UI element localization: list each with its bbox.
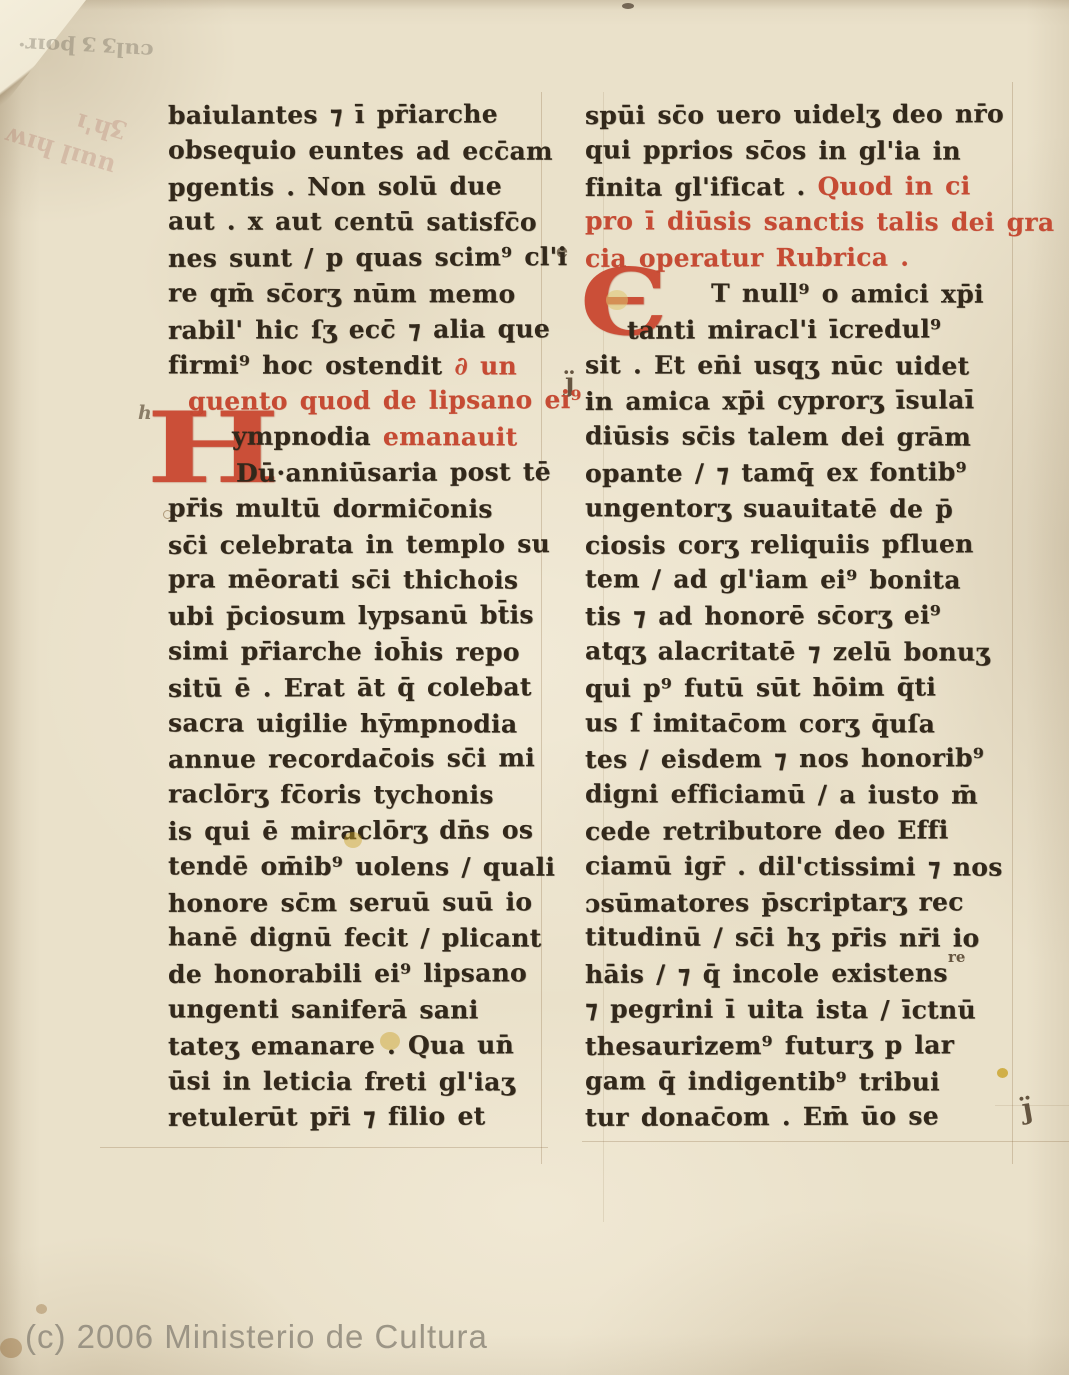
text-line: ympnodia emanauit	[168, 419, 553, 456]
text-line: thesaurizem⁹ futurʒ p lar	[585, 1027, 1025, 1065]
text-line: sc̄i celebrata in templo su	[168, 526, 553, 563]
text-line: cede retributore deo Effi	[585, 812, 1025, 850]
stain-brown-bottom-left-1	[0, 1338, 22, 1358]
text-line: opante / ⁊ tamq̄ ex fontib⁹	[585, 454, 1025, 492]
text-line: de honorabili ei⁹ lipsano	[168, 955, 553, 992]
ink-text-segment: sitū ē . Erat āt q̄ colebat	[168, 672, 532, 703]
text-line: aut . x aut centū satisfc̄o	[168, 204, 553, 241]
ink-text-segment: finita gl'ificat .	[585, 172, 818, 202]
text-line: ciamū igr̄ . dil'ctissimi ⁊ nos	[585, 848, 1025, 885]
ink-text-segment: ubi p̄ciosum lypsanū bt̄is	[168, 600, 534, 631]
text-line: us ſ imitac̄om corʒ q̄uſa	[585, 705, 1025, 742]
text-line: pgentis . Non solū due	[168, 168, 553, 205]
text-line: nes sunt / p quas scim⁹ cl'i	[168, 239, 553, 276]
text-line: obsequio euntes ad ecc̄am	[168, 132, 553, 169]
text-line: ciosis corʒ reliquiis pfluen	[585, 526, 1025, 564]
text-line: ūsi in leticia freti gl'iaʒ	[168, 1063, 553, 1100]
ink-text-segment: raclōrʒ fc̄oris tychonis	[168, 779, 494, 809]
ink-text-segment: de honorabili ei⁹ lipsano	[168, 958, 527, 989]
text-line: qui p⁹ futū sūt hōim q̄ti	[585, 669, 1025, 707]
ruling-line-horizontal-left	[100, 1147, 548, 1148]
ink-text-segment: diūsis sc̄is talem dei grām	[585, 421, 971, 451]
ink-text-segment: honore sc̄m seruū suū io	[168, 887, 532, 918]
text-line: gam q̄ indigentib⁹ tribui	[585, 1063, 1025, 1100]
ink-text-segment: titudinū / sc̄i hʒ pr̄is nr̄i io	[585, 923, 980, 953]
ink-text-segment: qui p⁹ futū sūt hōim q̄ti	[585, 672, 936, 703]
text-line: digni efficiamū / a iusto m̄	[585, 776, 1025, 813]
ink-text-segment: gam q̄ indigentib⁹ tribui	[585, 1066, 940, 1096]
text-line: baiulantes ⁊ ī pr̄iarche	[168, 96, 553, 133]
text-line: raclōrʒ fc̄oris tychonis	[168, 776, 553, 813]
ink-text-segment: qui pprios sc̄os in gl'ia in	[585, 135, 961, 165]
text-line: retulerūt pr̄i ⁊ filio et	[168, 1098, 553, 1135]
text-line: pr̄is multū dormic̄onis	[168, 490, 553, 527]
ink-text-segment: digni efficiamū / a iusto m̄	[585, 779, 978, 809]
ink-text-segment: ⁊ pegrini ī uita ista / īctnū	[585, 994, 976, 1024]
stain-gold-erat	[344, 832, 362, 848]
text-line: annue recordac̄ois sc̄i mi	[168, 741, 553, 778]
ink-text-segment: tendē om̄ib⁹ uolens / quali	[168, 851, 555, 881]
ink-text-segment: firmi⁹ hoc ostendit	[168, 350, 455, 380]
ruling-line-horizontal-right	[582, 1141, 1069, 1142]
stain-gold-initial-e	[606, 290, 628, 310]
ink-text-segment: tem / ad gl'iam ei⁹ bonita	[585, 565, 961, 595]
ink-text-segment: pgentis . Non solū due	[168, 171, 502, 201]
rubric-text-segment: emanauit	[383, 422, 518, 451]
text-line: spūi sc̄o uero uidelʒ deo nr̄o	[585, 96, 1025, 134]
ink-text-segment: ungenti saniferā sani	[168, 994, 479, 1024]
manuscript-page: culʒ ʒ þoır· uuıl hıw ʒh'ı H Є h e ȷ̈ ȷ̈…	[0, 0, 1069, 1375]
margin-note-red: uuıl hıw ʒh'ı	[0, 84, 129, 184]
ink-text-segment: pr̄is multū dormic̄onis	[168, 493, 493, 523]
text-line: finita gl'ificat . Quod in ci	[585, 168, 1025, 206]
ink-text-segment: ciosis corʒ reliquiis pfluen	[585, 529, 974, 560]
text-line: sitū ē . Erat āt q̄ colebat	[168, 669, 553, 706]
ink-text-segment: sit . Et en̄i usqʒ nūc uidet	[585, 350, 970, 380]
stain-gold-margin-right	[997, 1068, 1008, 1078]
ink-text-segment: spūi sc̄o uero uidelʒ deo nr̄o	[585, 99, 1004, 130]
text-line: diūsis sc̄is talem dei grām	[585, 418, 1025, 455]
text-line: ⁊ pegrini ī uita ista / īctnū	[585, 991, 1025, 1028]
ink-text-segment: annue recordac̄ois sc̄i mi	[168, 744, 535, 775]
ink-text-segment: hāis / ⁊ q̄ incole existens	[585, 959, 948, 990]
watermark: (c) 2006 Ministerio de Cultura	[25, 1318, 488, 1356]
ink-text-segment: cede retributore deo Effi	[585, 815, 949, 846]
ink-text-segment: rabil' hic ſʒ ecc̄ ⁊ alia que	[168, 314, 550, 345]
ink-text-segment: atqʒ alacritatē ⁊ zelū bonuʒ	[585, 636, 990, 666]
ink-text-segment: tes / eisdem ⁊ nos honorib⁹	[585, 744, 984, 775]
ink-text-segment: tanti miracl'i īcredul⁹	[627, 314, 941, 344]
rubric-text-segment: Quod in ci	[817, 171, 970, 201]
ink-text-segment: nes sunt / p quas scim⁹ cl'i	[168, 242, 567, 273]
text-line: in amica xp̄i cyprorʒ īsulaī	[585, 382, 1025, 420]
text-line: ungenti saniferā sani	[168, 991, 553, 1028]
text-line: guento quod de lipsano ei⁹	[168, 383, 553, 420]
text-line: qui pprios sc̄os in gl'ia in	[585, 132, 1025, 169]
text-line: hāis / ⁊ q̄ incole existens	[585, 955, 1025, 993]
ink-text-segment: tur donac̄om . Em̄ ūo se	[585, 1102, 939, 1133]
ink-text-segment: aut . x aut centū satisfc̄o	[168, 207, 537, 237]
stain-gold-qua	[380, 1032, 400, 1050]
ink-text-segment: ungentorʒ suauitatē de p̄	[585, 493, 953, 523]
text-line: hanē dignū fecit / plicant	[168, 920, 553, 957]
text-line: rabil' hic ſʒ ecc̄ ⁊ alia que	[168, 311, 553, 348]
ink-text-segment: obsequio euntes ad ecc̄am	[168, 135, 553, 165]
rubric-text-segment: guento quod de lipsano ei⁹	[188, 385, 582, 416]
ink-text-segment: Dū·anniūsaria post tē	[236, 457, 551, 487]
text-line: pro ī diūsis sanctis talis dei gra	[585, 204, 1025, 241]
text-line: re qm̄ sc̄orʒ nūm memo	[168, 275, 553, 312]
ink-text-segment: simi pr̄iarche ioh̄is repo	[168, 636, 520, 666]
text-line: tendē om̄ib⁹ uolens / quali	[168, 848, 553, 885]
text-line: titudinū / sc̄i hʒ pr̄is nr̄i io	[585, 920, 1025, 957]
text-line: tis ⁊ ad honorē sc̄orʒ ei⁹	[585, 597, 1025, 635]
text-line: ungentorʒ suauitatē de p̄	[585, 490, 1025, 527]
text-line: Dū·anniūsaria post tē	[168, 454, 553, 491]
ink-text-segment: opante / ⁊ tamq̄ ex fontib⁹	[585, 457, 967, 488]
ink-text-segment: T null⁹ o amici xp̄i	[711, 279, 984, 309]
text-line: sit . Et en̄i usqʒ nūc uidet	[585, 347, 1025, 384]
ink-text-segment: us ſ imitac̄om corʒ q̄uſa	[585, 708, 935, 738]
ink-text-segment: baiulantes ⁊ ī pr̄iarche	[168, 99, 498, 129]
ink-text-segment: hanē dignū fecit / plicant	[168, 923, 542, 953]
text-line: tem / ad gl'iam ei⁹ bonita	[585, 562, 1025, 599]
rubric-text-segment: pro ī diūsis sanctis talis dei gra	[585, 207, 1054, 238]
ink-text-segment: pra mēorati sc̄i thichois	[168, 565, 518, 595]
ink-text-segment: tis ⁊ ad honorē sc̄orʒ ei⁹	[585, 601, 941, 632]
rubricator-guide-h: h	[138, 402, 152, 424]
rubric-text-segment: ∂ un	[454, 351, 517, 380]
ink-text-segment: re qm̄ sc̄orʒ nūm memo	[168, 278, 516, 308]
text-line: tateʒ emanare . Qua un̄	[168, 1027, 553, 1064]
ink-text-segment: ɔsūmatores p̄scriptarʒ rec	[585, 887, 964, 918]
text-line: tes / eisdem ⁊ nos honorib⁹	[585, 740, 1025, 778]
text-line: pra mēorati sc̄i thichois	[168, 562, 553, 599]
text-line: tur donac̄om . Em̄ ūo se	[585, 1098, 1025, 1136]
ink-speck-top	[622, 3, 634, 9]
ink-text-segment: ciamū igr̄ . dil'ctissimi ⁊ nos	[585, 851, 1003, 881]
rubric-text-segment: cia operatur Rubrica .	[585, 243, 909, 273]
ink-text-segment: sc̄i celebrata in templo su	[168, 529, 550, 560]
text-line: cia operatur Rubrica .	[585, 239, 1025, 277]
text-column-right: spūi sc̄o uero uidelʒ deo nr̄oqui pprios…	[585, 97, 1025, 1135]
stain-brown-bottom-left-2	[36, 1304, 47, 1314]
ink-text-segment: ūsi in leticia freti gl'iaʒ	[168, 1066, 515, 1096]
ink-text-segment: thesaurizem⁹ futurʒ p lar	[585, 1030, 954, 1061]
text-line: firmi⁹ hoc ostendit ∂ un	[168, 347, 553, 384]
text-line: simi pr̄iarche ioh̄is repo	[168, 633, 553, 670]
text-line: ɔsūmatores p̄scriptarʒ rec	[585, 884, 1025, 922]
text-column-left: baiulantes ⁊ ī pr̄iarcheobsequio euntes …	[168, 97, 553, 1135]
ink-text-segment: ympnodia	[232, 422, 383, 452]
text-line: ubi p̄ciosum lypsanū bt̄is	[168, 597, 553, 634]
text-line: tanti miracl'i īcredul⁹	[585, 311, 1025, 349]
text-line: honore sc̄m seruū suū io	[168, 884, 553, 921]
text-line: T null⁹ o amici xp̄i	[585, 275, 1025, 312]
ink-text-segment: in amica xp̄i cyprorʒ īsulaī	[585, 386, 975, 417]
text-line: atqʒ alacritatē ⁊ zelū bonuʒ	[585, 633, 1025, 670]
text-line: sacra uigilie hȳmpnodia	[168, 705, 553, 742]
ink-text-segment: tateʒ emanare . Qua un̄	[168, 1030, 514, 1061]
ink-text-segment: sacra uigilie hȳmpnodia	[168, 708, 517, 738]
ink-text-segment: retulerūt pr̄i ⁊ filio et	[168, 1102, 486, 1132]
